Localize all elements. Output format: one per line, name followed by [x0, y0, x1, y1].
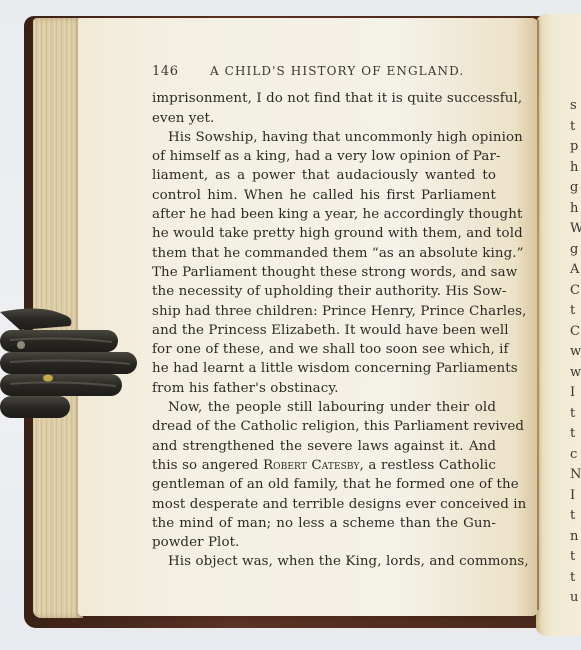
text-fragment: c: [570, 445, 581, 466]
text-line: and strengthened the severe laws against…: [152, 437, 496, 456]
text-line: His Sowship, having that uncommonly high…: [152, 128, 496, 147]
page-number: 146: [152, 62, 210, 81]
text-line: ship had three children: Prince Henry, P…: [152, 302, 496, 321]
text-line: dread of the Catholic religion, this Par…: [152, 417, 496, 436]
text-fragment: t: [570, 301, 581, 322]
person-name: Robert Catesby: [263, 458, 359, 473]
text-fragment: w: [570, 363, 581, 384]
text-line: gentleman of an old family, that he form…: [152, 475, 496, 494]
text-line: Now, the people still labouring under th…: [152, 398, 496, 417]
text-fragment: g: [570, 178, 581, 199]
page-holder-hand-icon: [0, 300, 140, 425]
text-line: of himself as a king, had a very low opi…: [152, 147, 496, 166]
text-line: liament, as a power that audaciously wan…: [152, 166, 496, 185]
text-fragment: g: [570, 240, 581, 261]
text-line: even yet.: [152, 109, 496, 128]
text-line: for one of these, and we shall too soon …: [152, 340, 496, 359]
text-line: them that he commanded them “as an absol…: [152, 244, 496, 263]
text-fragment: t: [570, 117, 581, 138]
text-fragment: w: [570, 342, 581, 363]
text-fragment: u: [570, 588, 581, 609]
text-fragment: p: [570, 137, 581, 158]
text-line: he would take pretty high ground with th…: [152, 224, 496, 243]
text-fragment: t: [570, 404, 581, 425]
text-line: the necessity of upholding their authori…: [152, 282, 496, 301]
running-title: A CHILD'S HISTORY OF ENGLAND.: [210, 62, 464, 81]
text-fragment: t: [570, 424, 581, 445]
text-fragment: n: [570, 527, 581, 548]
text-line: The Parliament thought these strong word…: [152, 263, 496, 282]
text-fragment: t: [570, 506, 581, 527]
text-fragment: C: [570, 322, 581, 343]
text-fragment: C: [570, 281, 581, 302]
text-fragment: W: [570, 219, 581, 240]
text-line: control him. When he called his first Pa…: [152, 186, 496, 205]
text-fragment: t: [570, 568, 581, 589]
text-fragment: A: [570, 260, 581, 281]
page-text: 146 A CHILD'S HISTORY OF ENGLAND. impris…: [152, 62, 496, 572]
right-page-text-fragments: stphghWgACtCwwIttcNItnttu: [570, 96, 581, 609]
text-line: after he had been king a year, he accord…: [152, 205, 496, 224]
body-text: imprisonment, I do not find that it is q…: [152, 89, 496, 571]
text-line: and the Princess Elizabeth. It would hav…: [152, 321, 496, 340]
text-line: the mind of man; no less a scheme than t…: [152, 514, 496, 533]
running-head: 146 A CHILD'S HISTORY OF ENGLAND.: [152, 62, 496, 81]
text-line: he had learnt a little wisdom concerning…: [152, 359, 496, 378]
text-line: this so angered Robert Catesby, a restle…: [152, 456, 496, 475]
text-fragment: N: [570, 465, 581, 486]
book-gutter: [537, 20, 539, 610]
text-line: from his father's obstinacy.: [152, 379, 496, 398]
text-line: His object was, when the King, lords, an…: [152, 552, 496, 571]
text-fragment: I: [570, 383, 581, 404]
text-fragment: t: [570, 547, 581, 568]
text-fragment: h: [570, 199, 581, 220]
text-fragment: h: [570, 158, 581, 179]
text-line: most desperate and terrible designs ever…: [152, 495, 496, 514]
text-fragment: s: [570, 96, 581, 117]
text-fragment: I: [570, 486, 581, 507]
text-line: powder Plot.: [152, 533, 496, 552]
open-book: 146 A CHILD'S HISTORY OF ENGLAND. impris…: [0, 0, 581, 650]
text-line: imprisonment, I do not find that it is q…: [152, 89, 496, 108]
